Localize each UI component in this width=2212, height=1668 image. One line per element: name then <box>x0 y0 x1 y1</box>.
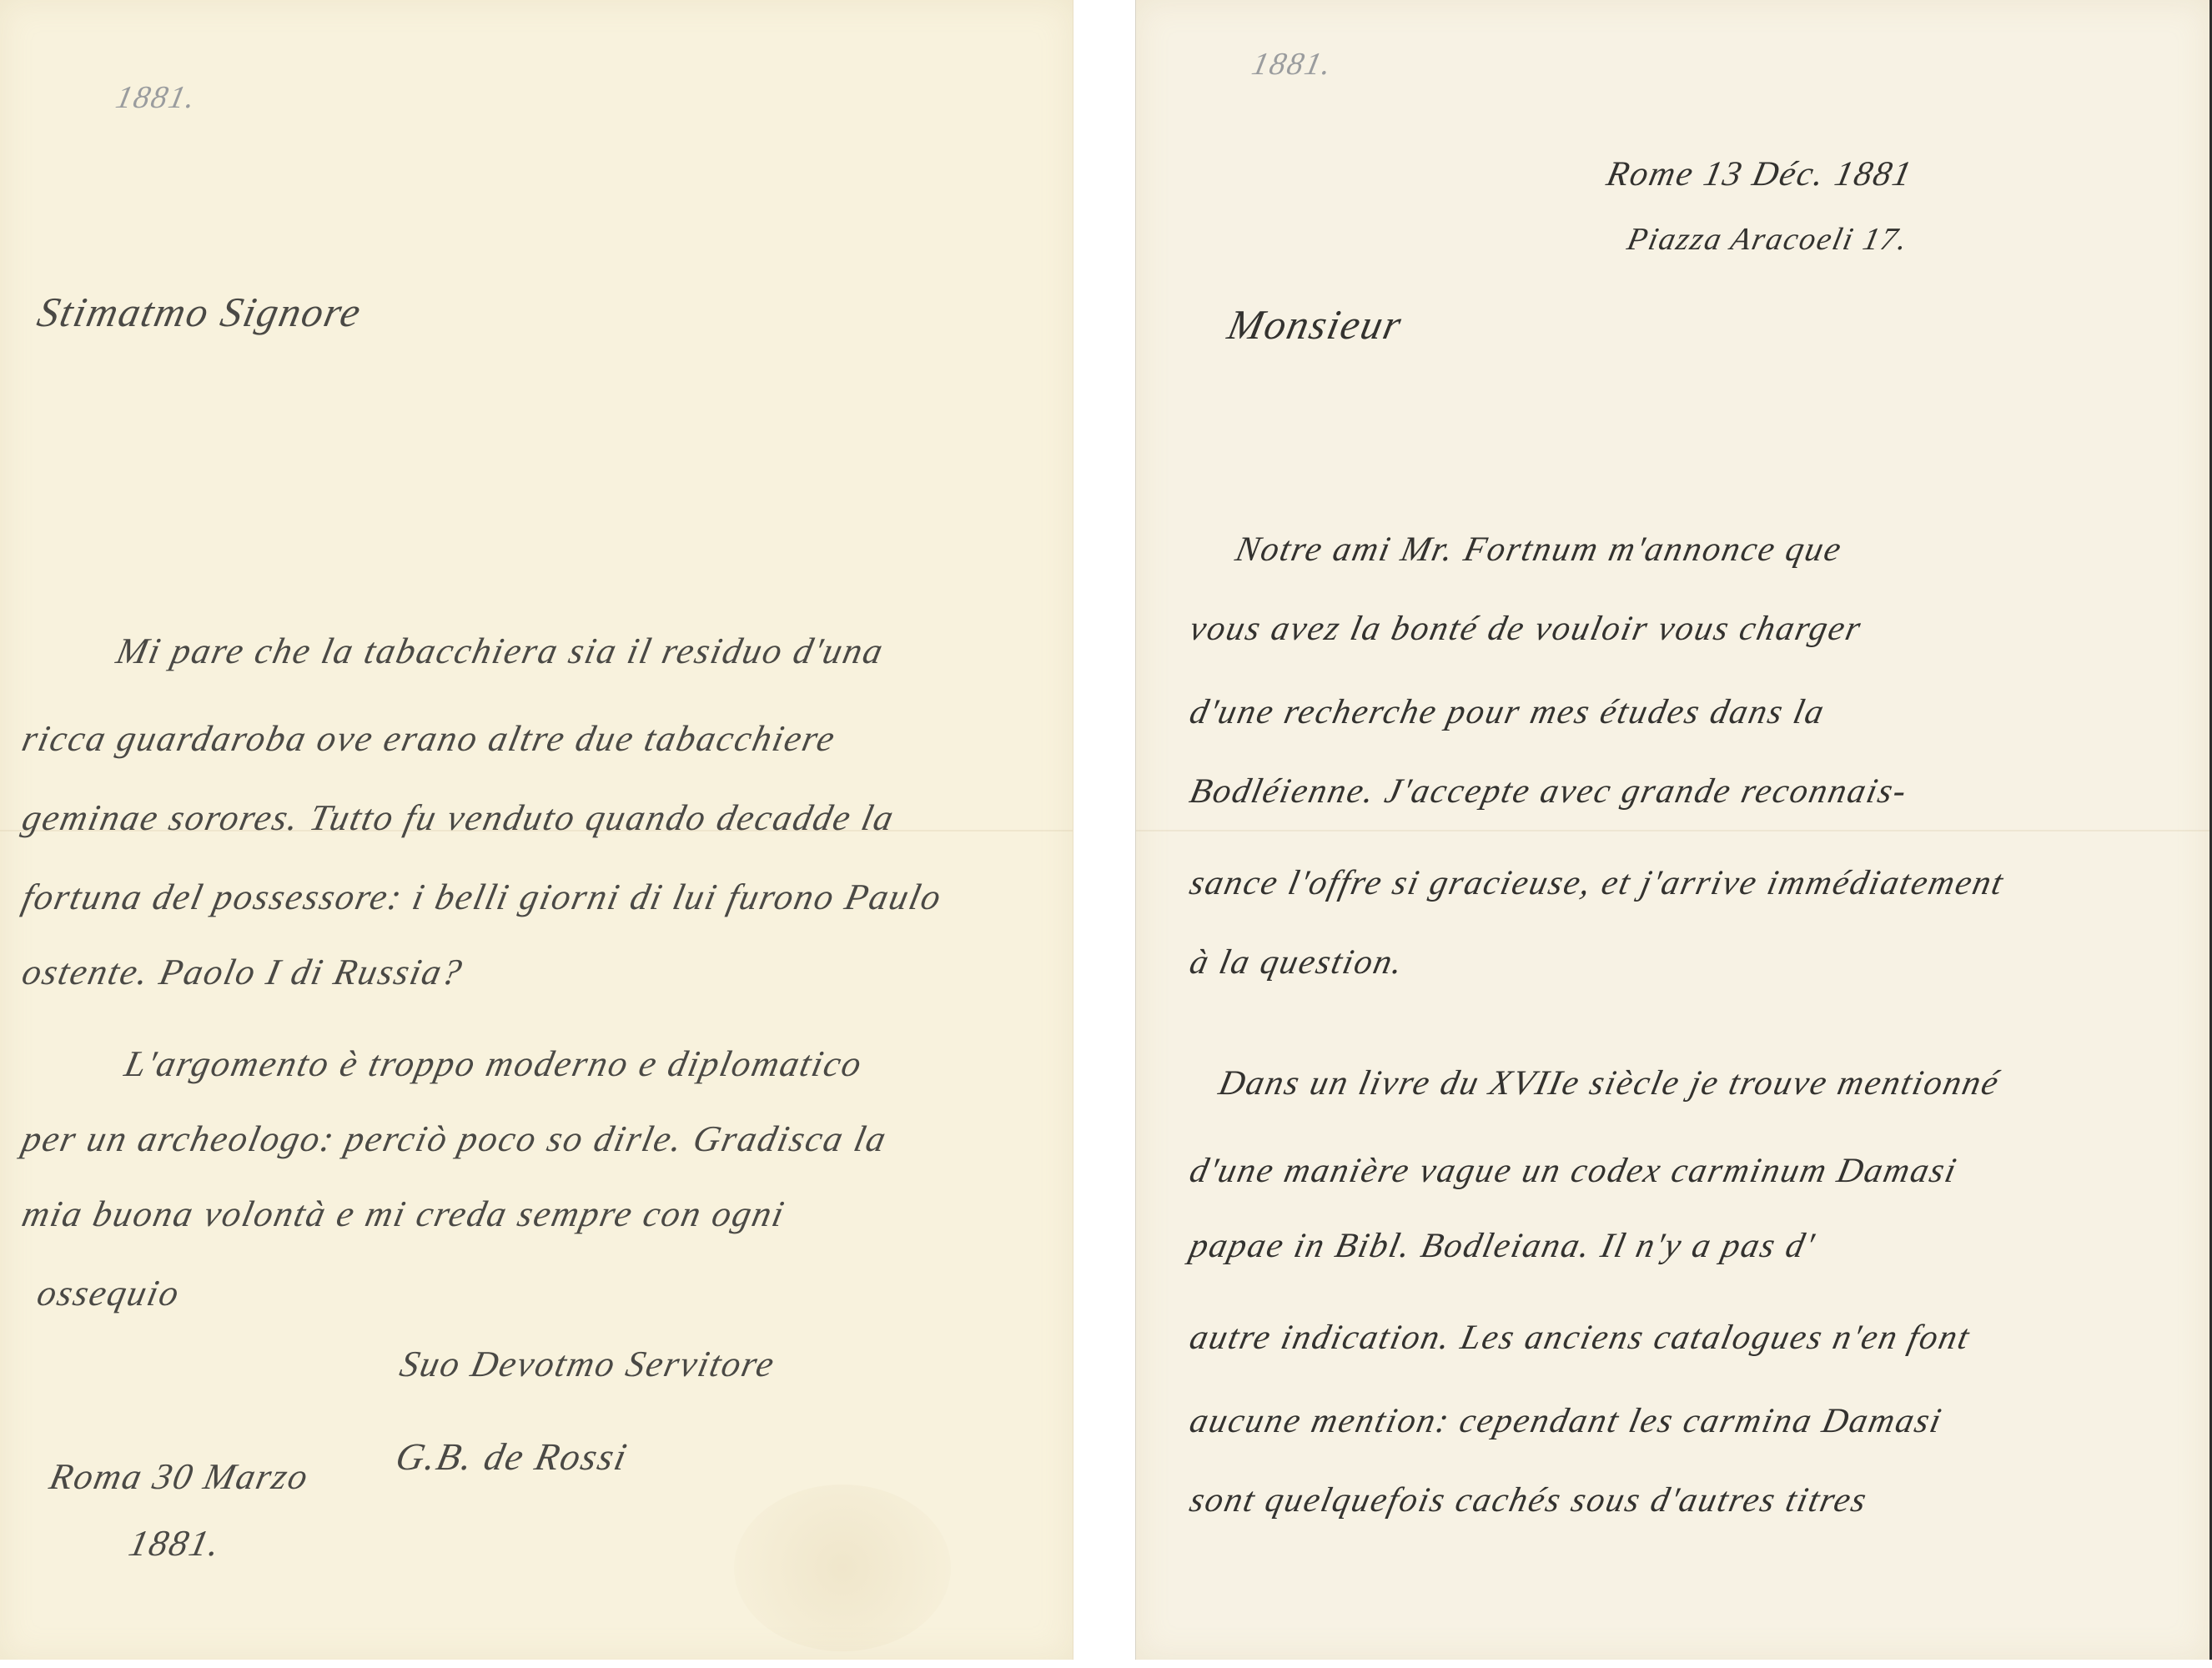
closing: Suo Devotmo Servitore <box>396 1343 779 1385</box>
body-line: à la question. <box>1186 942 1408 982</box>
body-line: vous avez la bonté de vouloir vous charg… <box>1186 609 1866 649</box>
body-line: d'une recherche pour mes études dans la <box>1186 692 1829 732</box>
body-line: Bodléienne. J'accepte avec grande reconn… <box>1186 771 1911 811</box>
place-date: Roma 30 Marzo <box>46 1455 313 1498</box>
body-line: Notre ami Mr. Fortnum m'annonce que <box>1232 530 1846 570</box>
body-line: geminae sorores. Tutto fu venduto quando… <box>18 796 898 839</box>
body-line: mia buona volontà e mi creda sempre con … <box>18 1193 789 1235</box>
letter-page-right: 1881. Rome 13 Déc. 1881 Piazza Aracoeli … <box>1135 0 2212 1660</box>
fold-crease <box>1136 830 2209 831</box>
body-line: d'une manière vague un codex carminum Da… <box>1186 1151 1961 1191</box>
year: 1881. <box>125 1522 225 1565</box>
body-line: sance l'offre si gracieuse, et j'arrive … <box>1186 863 2008 903</box>
body-line: ricca guardaroba ove erano altre due tab… <box>18 717 840 760</box>
body-line: Dans un livre du XVIIe siècle je trouve … <box>1215 1063 2003 1103</box>
body-line: fortuna del possessore: i belli giorni d… <box>18 876 946 918</box>
paper-stain <box>734 1485 951 1651</box>
body-line: ossequio <box>33 1272 184 1314</box>
signature: G.B. de Rossi <box>392 1434 632 1479</box>
salutation: Stimatmo Signore <box>33 288 366 336</box>
body-line: L'argomento è troppo moderno e diplomati… <box>121 1042 867 1085</box>
body-line: sont quelquefois cachés sous d'autres ti… <box>1186 1480 1872 1520</box>
body-line: aucune mention: cependant les carmina Da… <box>1186 1401 1946 1441</box>
letter-page-left: 1881. Stimatmo Signore Mi pare che la ta… <box>0 0 1073 1660</box>
archive-note: 1881. <box>1249 46 1336 83</box>
body-line: papae in Bibl. Bodleiana. Il n'y a pas d… <box>1186 1226 1819 1266</box>
body-line: ostente. Paolo I di Russia? <box>18 951 467 993</box>
body-line: per un archeologo: perciò poco so dirle.… <box>18 1118 891 1160</box>
address-line: Piazza Aracoeli 17. <box>1624 221 1912 258</box>
date-line: Rome 13 Déc. 1881 <box>1603 154 1916 194</box>
body-line: Mi pare che la tabacchiera sia il residu… <box>113 630 888 672</box>
body-line: autre indication. Les anciens catalogues… <box>1186 1318 1974 1358</box>
salutation: Monsieur <box>1224 300 1407 349</box>
archive-note: 1881. <box>113 79 200 116</box>
